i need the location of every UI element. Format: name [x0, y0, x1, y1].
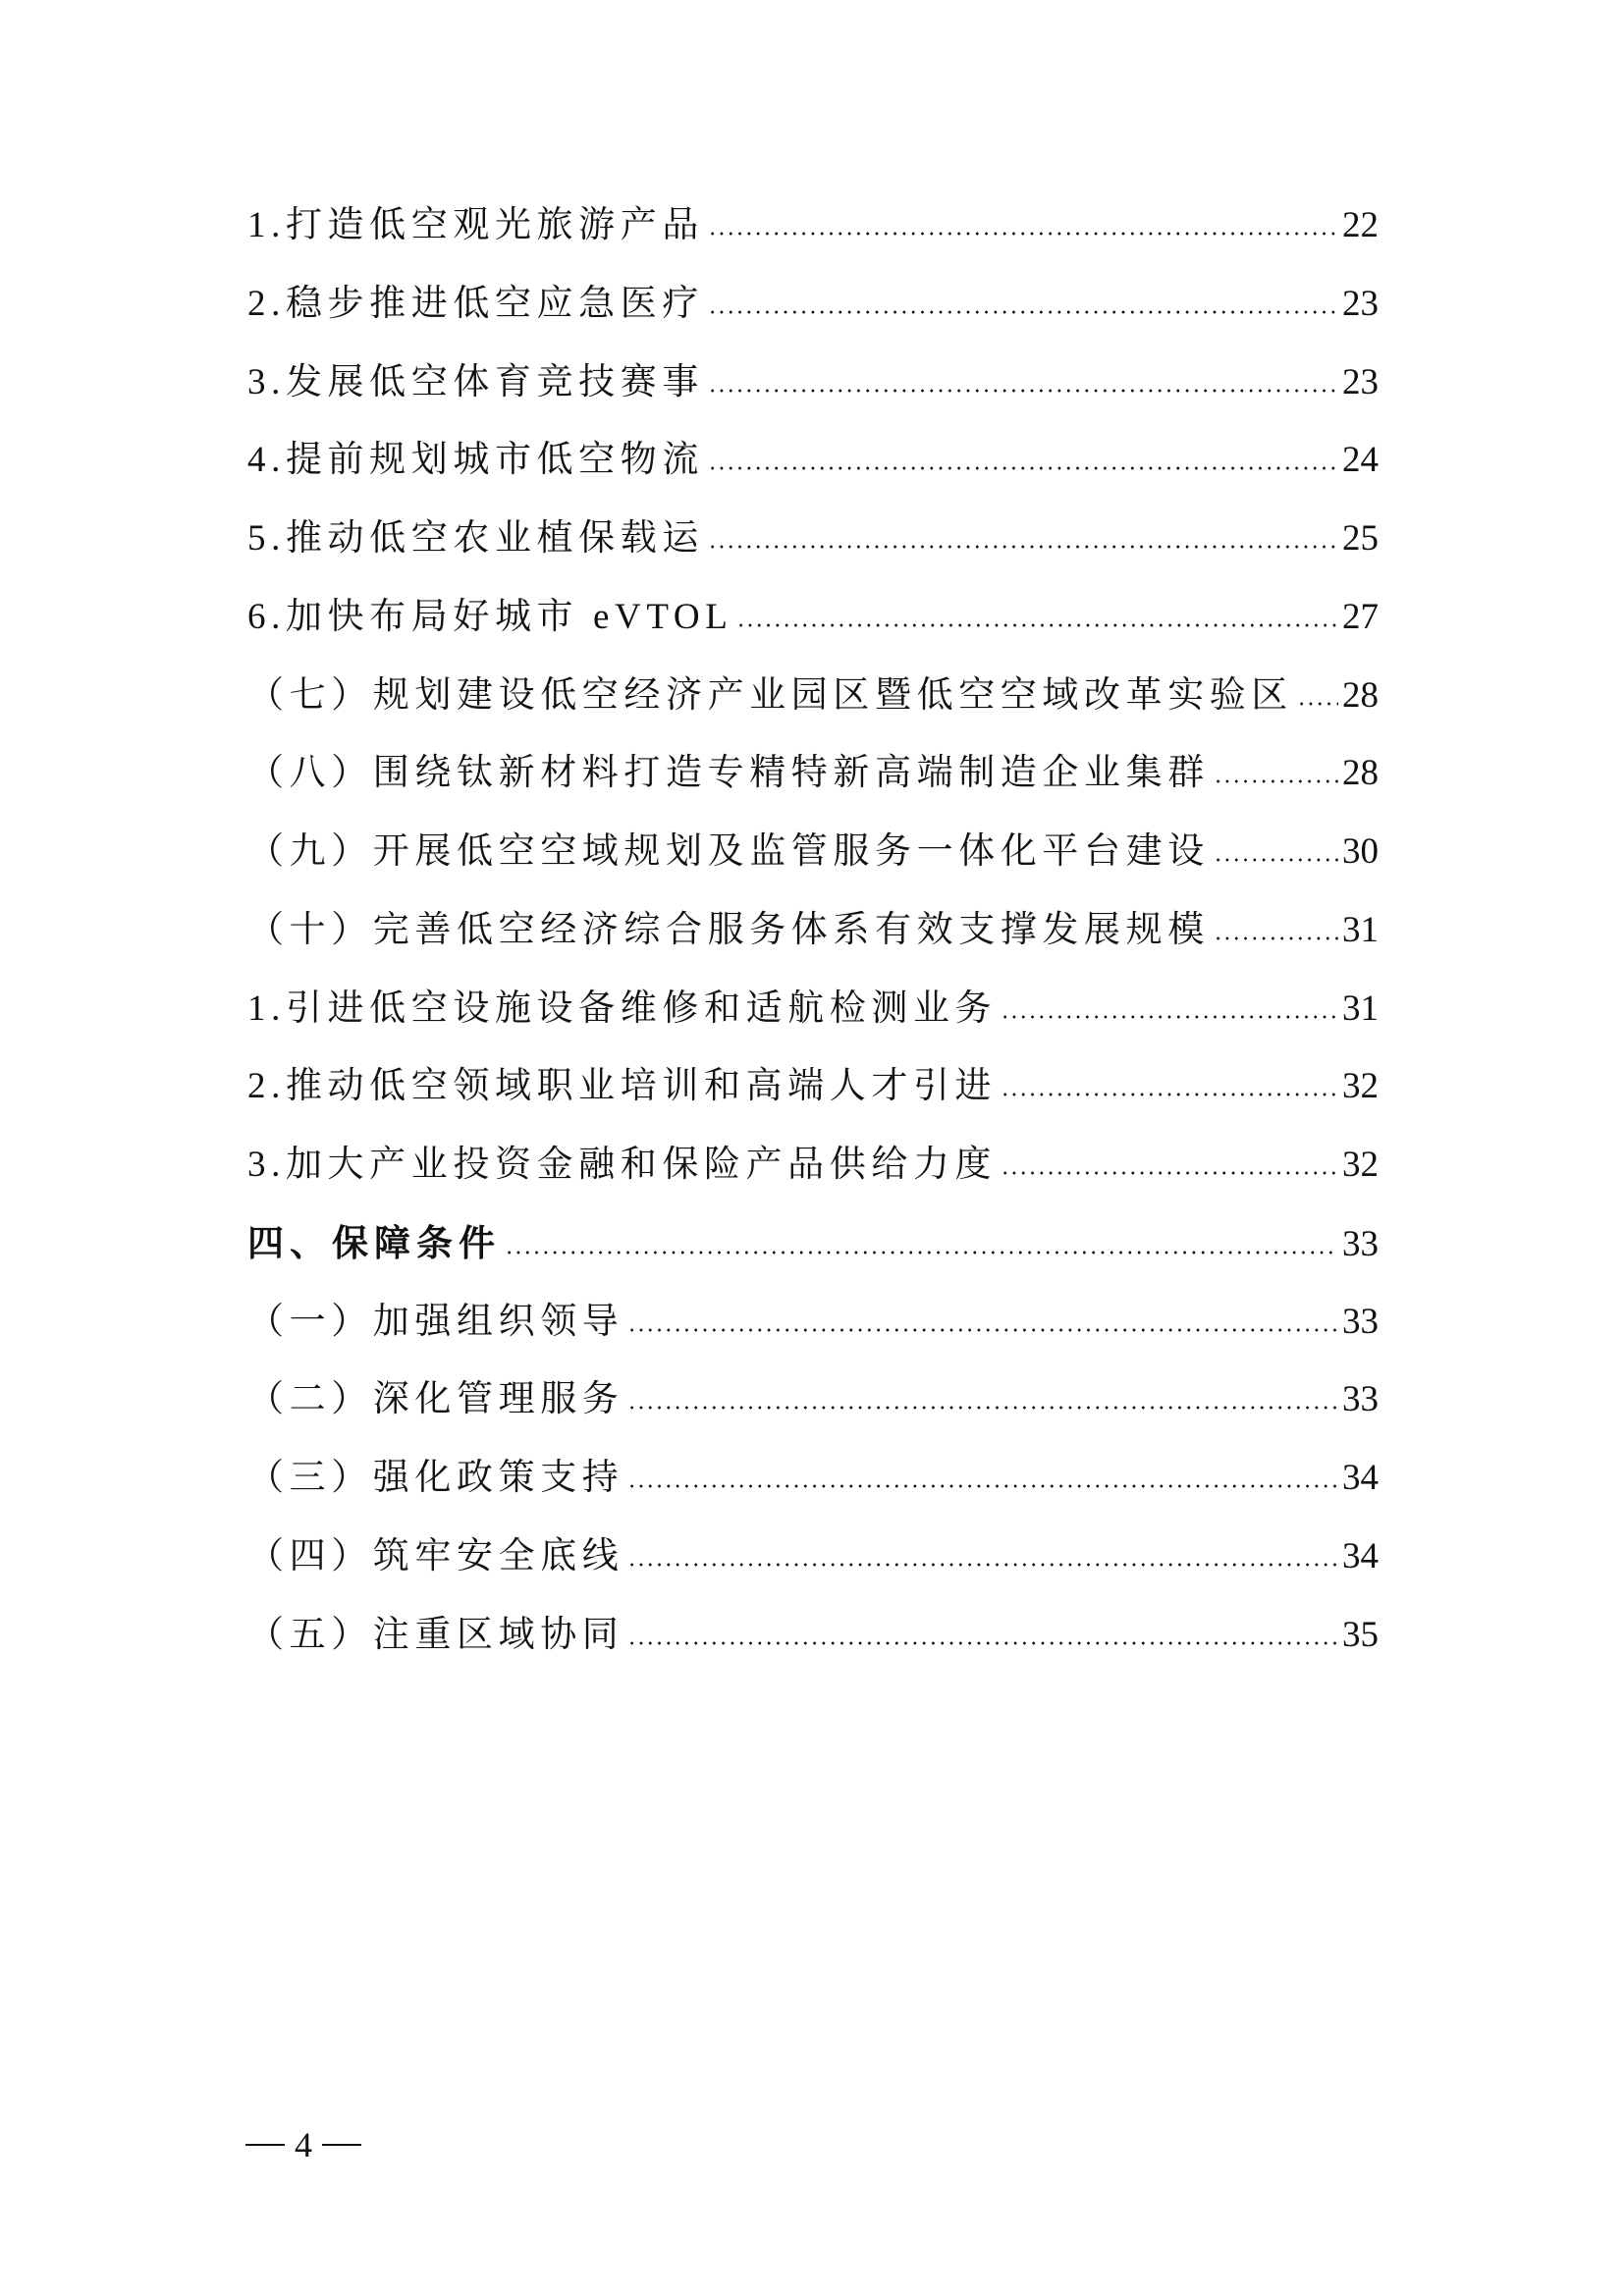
toc-entry-page: 32: [1342, 1047, 1379, 1126]
table-of-contents: 1.打造低空观光旅游产品22 2.稳步推进低空应急医疗23 3.发展低空体育竞技…: [247, 187, 1379, 1674]
toc-entry[interactable]: （八）围绕钛新材料打造专精特新高端制造企业集群28: [247, 734, 1379, 813]
dot-leader: [627, 1327, 1338, 1333]
dot-leader: [627, 1562, 1338, 1568]
toc-entry[interactable]: 2.稳步推进低空应急医疗23: [247, 265, 1379, 344]
toc-entry-title: （一）加强组织领导: [247, 1283, 623, 1362]
toc-heading-title: 四、保障条件: [247, 1204, 501, 1283]
toc-entry[interactable]: （一）加强组织领导33: [247, 1283, 1379, 1362]
toc-entry[interactable]: 2.推动低空领域职业培训和高端人才引进32: [247, 1047, 1379, 1126]
dot-leader: [627, 1405, 1338, 1411]
dot-leader: [708, 388, 1338, 394]
toc-entry[interactable]: 3.加大产业投资金融和保险产品供给力度32: [247, 1126, 1379, 1204]
toc-entry-title: （七）规划建设低空经济产业园区暨低空空域改革实验区: [247, 657, 1293, 735]
toc-entry-title: （二）深化管理服务: [247, 1361, 623, 1439]
toc-entry[interactable]: （二）深化管理服务33: [247, 1361, 1379, 1439]
toc-entry-page: 24: [1342, 421, 1379, 500]
dot-leader: [505, 1250, 1338, 1255]
toc-entry-title: 4.提前规划城市低空物流: [247, 421, 704, 500]
toc-entry-page: 30: [1342, 813, 1379, 891]
dot-leader: [1297, 701, 1338, 707]
page-number: 4: [295, 2120, 312, 2169]
toc-entry[interactable]: 3.发展低空体育竞技赛事23: [247, 344, 1379, 422]
toc-entry-page: 32: [1342, 1126, 1379, 1204]
toc-entry-title: （三）强化政策支持: [247, 1439, 623, 1518]
toc-entry-page: 34: [1342, 1518, 1379, 1596]
toc-entry[interactable]: （九）开展低空空域规划及监管服务一体化平台建设30: [247, 813, 1379, 891]
toc-entry-page: 27: [1342, 578, 1379, 657]
dot-leader: [708, 309, 1338, 315]
toc-entry[interactable]: （三）强化政策支持34: [247, 1439, 1379, 1518]
toc-entry[interactable]: 6.加快布局好城市 eVTOL27: [247, 578, 1379, 657]
dot-leader: [708, 465, 1338, 471]
footer-dash-left: [245, 2144, 285, 2146]
dot-leader: [627, 1483, 1338, 1489]
toc-entry-title: 2.推动低空领域职业培训和高端人才引进: [247, 1047, 997, 1126]
dot-leader: [1214, 778, 1338, 784]
dot-leader: [1001, 1092, 1338, 1097]
toc-entry[interactable]: 1.打造低空观光旅游产品22: [247, 187, 1379, 265]
toc-entry[interactable]: （四）筑牢安全底线34: [247, 1518, 1379, 1596]
toc-entry[interactable]: 1.引进低空设施设备维修和适航检测业务31: [247, 970, 1379, 1048]
dot-leader: [708, 544, 1338, 550]
toc-entry-title: （八）围绕钛新材料打造专精特新高端制造企业集群: [247, 734, 1210, 813]
toc-entry-title: 5.推动低空农业植保载运: [247, 500, 704, 578]
toc-entry-title: 3.加大产业投资金融和保险产品供给力度: [247, 1126, 997, 1204]
dot-leader: [1001, 1170, 1338, 1176]
toc-entry-title: （四）筑牢安全底线: [247, 1518, 623, 1596]
toc-entry-title: （九）开展低空空域规划及监管服务一体化平台建设: [247, 813, 1210, 891]
footer-dash-right: [322, 2144, 361, 2146]
toc-entry[interactable]: （七）规划建设低空经济产业园区暨低空空域改革实验区28: [247, 657, 1379, 735]
toc-entry-page: 23: [1342, 265, 1379, 344]
document-page: 1.打造低空观光旅游产品22 2.稳步推进低空应急医疗23 3.发展低空体育竞技…: [0, 0, 1624, 2296]
page-footer: 4: [245, 2120, 361, 2169]
dot-leader: [627, 1640, 1338, 1646]
toc-entry-page: 28: [1342, 734, 1379, 813]
toc-entry-page: 31: [1342, 891, 1379, 970]
toc-entry-title: 6.加快布局好城市 eVTOL: [247, 578, 732, 657]
toc-entry[interactable]: 4.提前规划城市低空物流24: [247, 421, 1379, 500]
toc-entry-page: 33: [1342, 1283, 1379, 1362]
toc-entry-title: 3.发展低空体育竞技赛事: [247, 344, 704, 422]
toc-entry-page: 33: [1342, 1361, 1379, 1439]
toc-entry-page: 28: [1342, 657, 1379, 735]
toc-entry-page: 25: [1342, 500, 1379, 578]
dot-leader: [708, 231, 1338, 237]
toc-entry-page: 35: [1342, 1596, 1379, 1675]
toc-entry[interactable]: 5.推动低空农业植保载运25: [247, 500, 1379, 578]
toc-entry-title: 1.打造低空观光旅游产品: [247, 187, 704, 265]
toc-entry-title: （十）完善低空经济综合服务体系有效支撑发展规模: [247, 891, 1210, 970]
dot-leader: [736, 622, 1338, 628]
toc-heading-entry[interactable]: 四、保障条件33: [247, 1204, 1379, 1283]
toc-entry-title: （五）注重区域协同: [247, 1596, 623, 1675]
dot-leader: [1001, 1014, 1338, 1020]
toc-entry-title: 1.引进低空设施设备维修和适航检测业务: [247, 970, 997, 1048]
dot-leader: [1214, 857, 1338, 863]
toc-entry[interactable]: （十）完善低空经济综合服务体系有效支撑发展规模31: [247, 891, 1379, 970]
toc-entry-title: 2.稳步推进低空应急医疗: [247, 265, 704, 344]
toc-entry-page: 23: [1342, 344, 1379, 422]
dot-leader: [1214, 935, 1338, 941]
toc-entry[interactable]: （五）注重区域协同35: [247, 1596, 1379, 1675]
toc-entry-page: 22: [1342, 187, 1379, 265]
toc-entry-page: 33: [1342, 1205, 1379, 1284]
toc-entry-page: 31: [1342, 970, 1379, 1048]
toc-entry-page: 34: [1342, 1439, 1379, 1518]
